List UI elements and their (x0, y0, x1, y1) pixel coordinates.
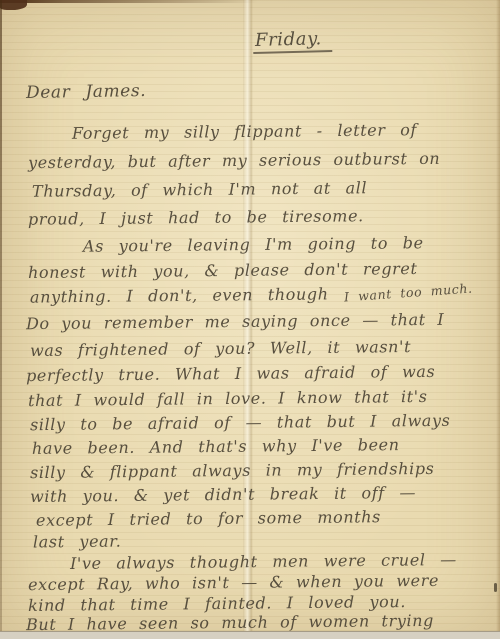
paper-corner-stain (0, 0, 27, 10)
inserted-phrase: I want too much. (343, 279, 473, 308)
letter-line: have been. And that's why I've been (32, 435, 400, 459)
paper-edge-top (0, 0, 258, 3)
date-line: Friday. (253, 29, 332, 54)
salutation: Dear James. (26, 81, 147, 103)
letter-line: silly to be afraid of — that but I alway… (30, 411, 451, 435)
letter-line: Do you remember me saying once — that I (26, 310, 444, 334)
letter-line: silly & flippant always in my friendship… (30, 459, 435, 483)
letter-line: except I tried to for some months (36, 507, 381, 531)
letter-line: Forget my silly flippant - letter of (72, 120, 417, 144)
letter-line: with you. & yet didn't break it off — (30, 483, 416, 507)
letter-line: that I would fall in love. I know that i… (28, 387, 428, 411)
letter-line: Thursday, of which I'm not at all (32, 178, 367, 202)
paper-edge-right (496, 0, 500, 639)
letter-line: But I have seen so much of women trying (26, 611, 434, 635)
paper-edge-left (0, 0, 2, 639)
letter-page: Friday. Dear James. Forget my silly flip… (0, 0, 500, 639)
letter-line: As you're leaving I'm going to be (83, 233, 424, 257)
paper-edge-mark (494, 583, 497, 592)
letter-line: honest with you, & please don't regret (28, 259, 418, 283)
letter-line: anything. I don't, even though (30, 284, 329, 307)
letter-line: yesterday, but after my serious outburst… (28, 149, 440, 173)
letter-line: perfectly true. What I was afraid of was (26, 362, 436, 386)
letter-line: last year. (33, 532, 122, 553)
letter-line: proud, I just had to be tiresome. (28, 206, 364, 230)
letter-line: was frightened of you? Well, it wasn't (30, 337, 411, 361)
